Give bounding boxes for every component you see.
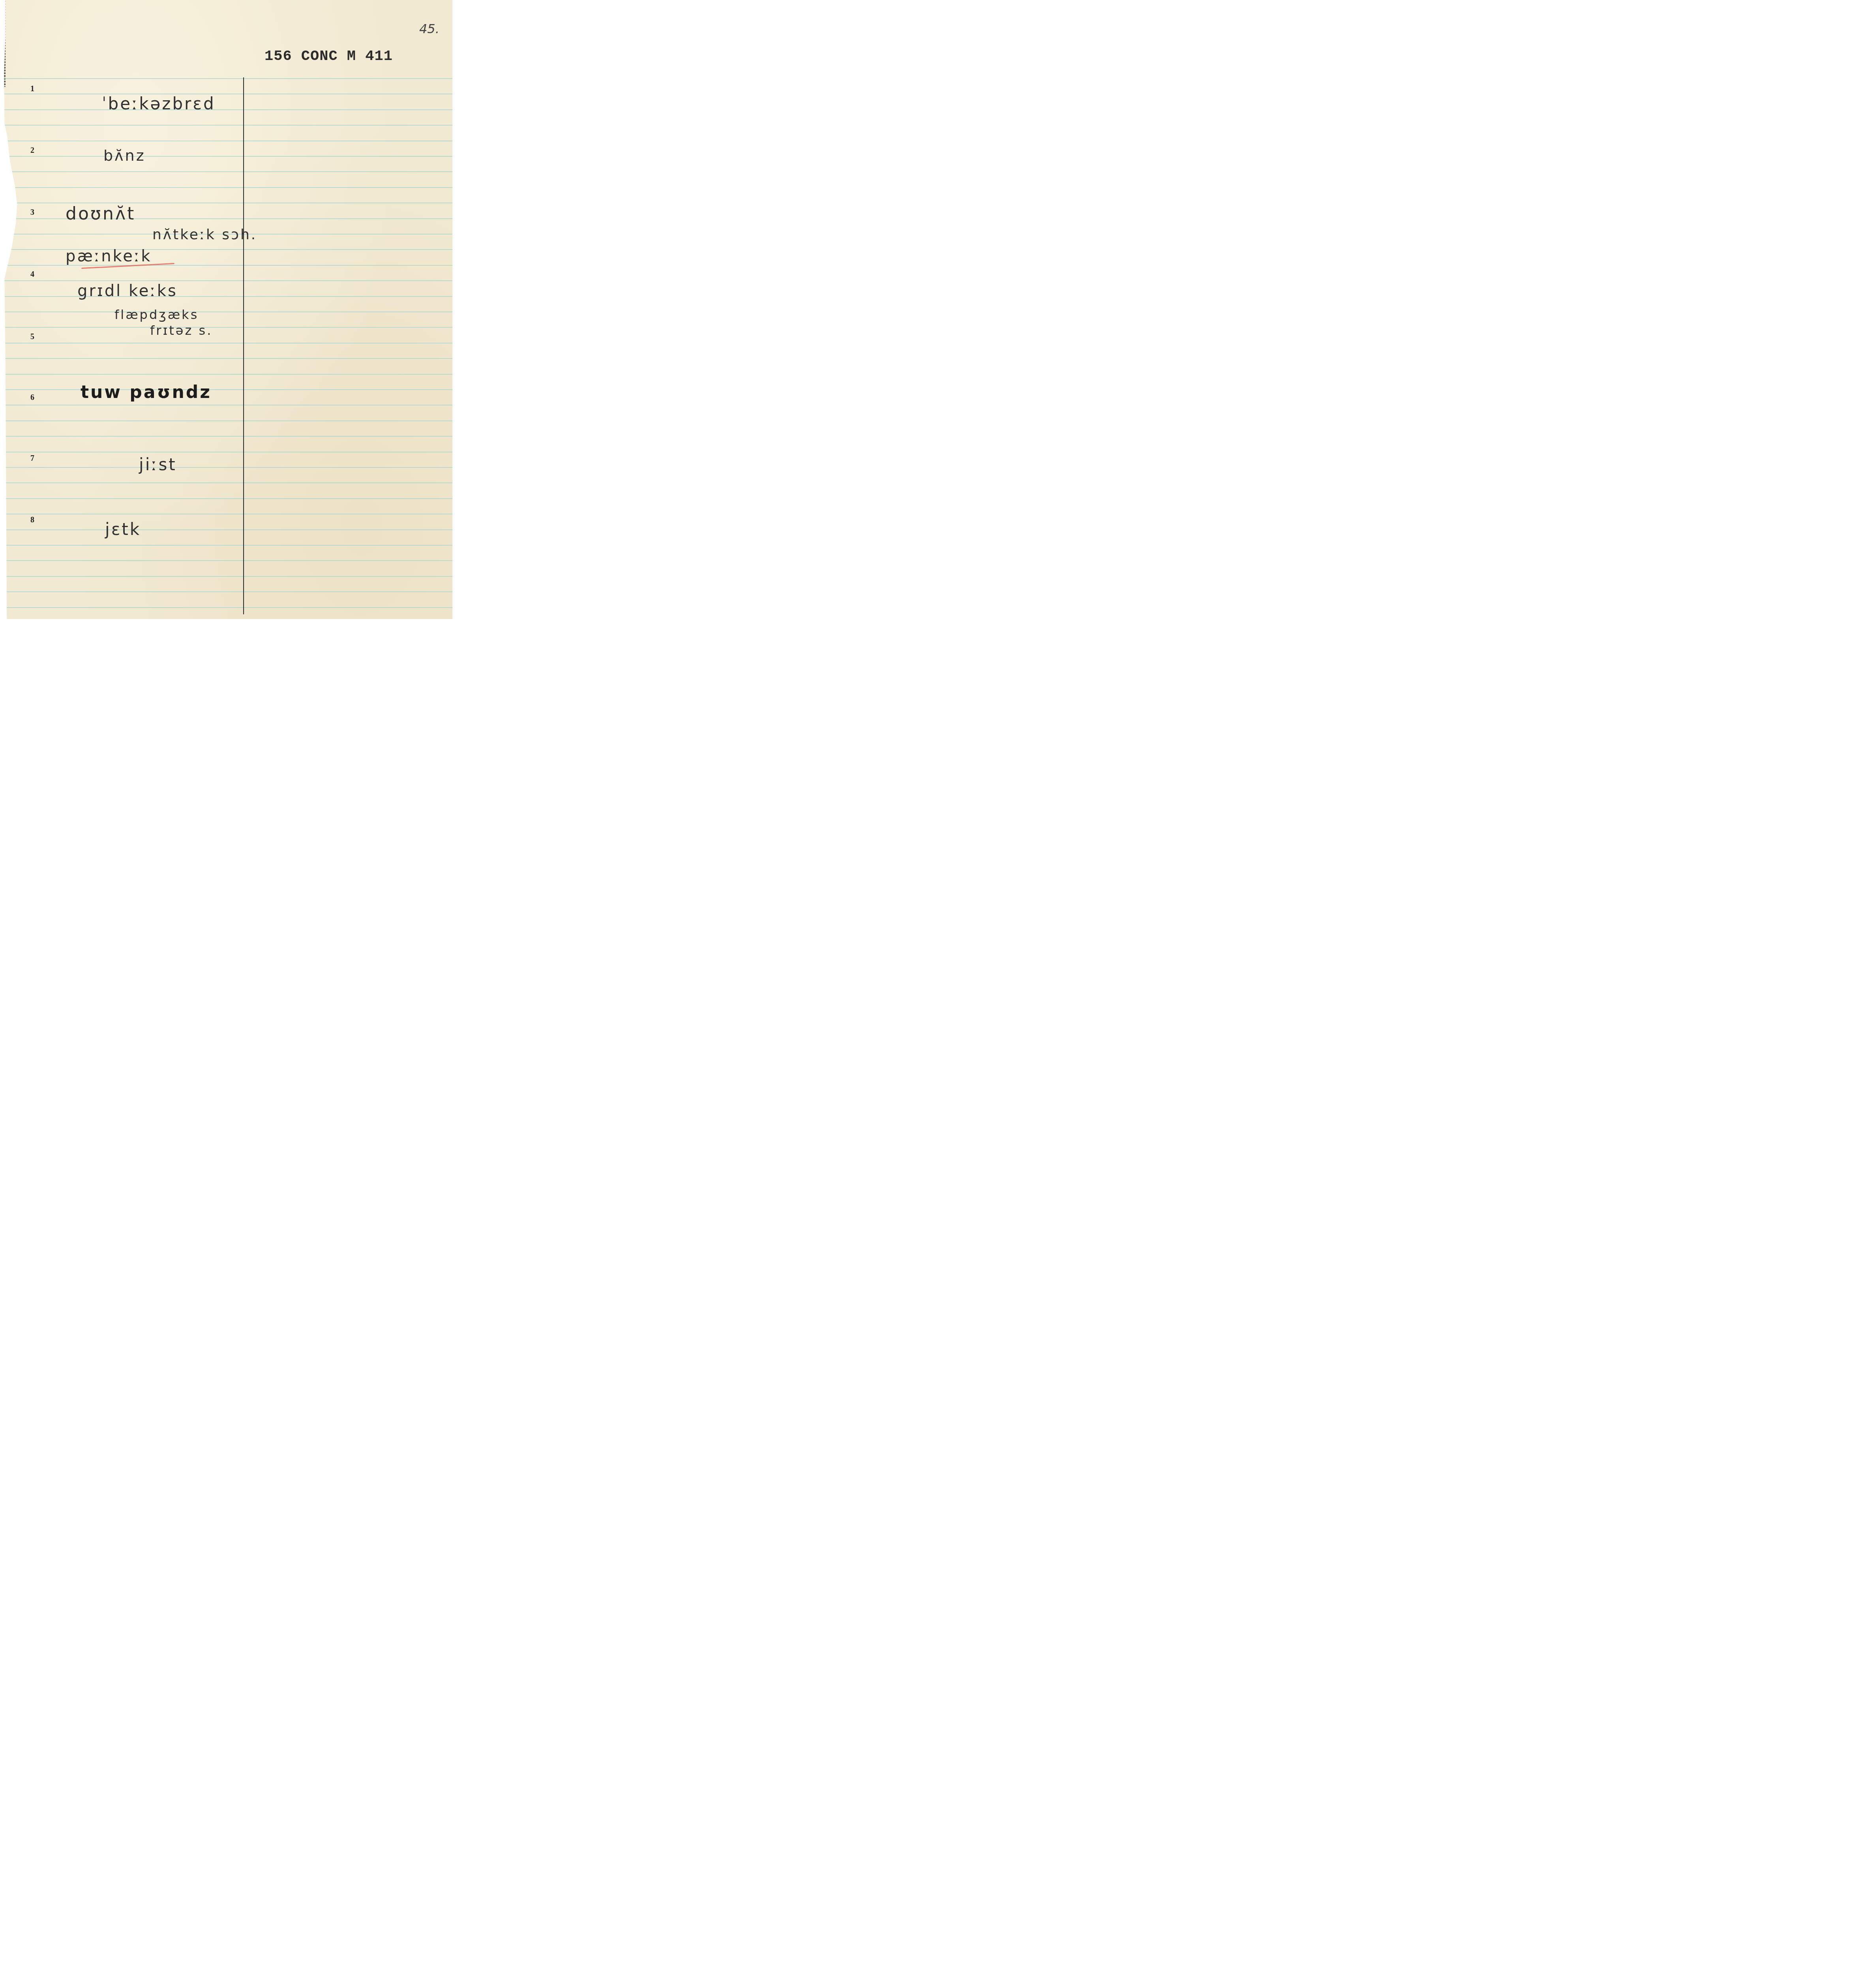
rule-line <box>0 576 452 577</box>
rule-line <box>0 482 452 483</box>
column-divider <box>243 77 244 614</box>
rule-line <box>0 607 452 608</box>
line-number: 6 <box>24 393 40 402</box>
rule-line <box>0 327 452 328</box>
handwritten-entry: jɛtk <box>105 520 141 539</box>
rule-line <box>0 94 452 94</box>
rule-line <box>0 203 452 203</box>
line-number: 4 <box>24 270 40 279</box>
rule-line <box>0 296 452 297</box>
line-number: 2 <box>24 146 40 155</box>
notebook-page: 45. 156 CONC M 411 1 2 3 4 5 6 7 8 ˈbeːk… <box>0 0 452 619</box>
handwritten-entry-underlined: pæːnkeːk <box>66 247 152 265</box>
header-code: 156 CONC M 411 <box>265 48 393 65</box>
rule-line <box>0 156 452 157</box>
line-number: 5 <box>24 332 40 342</box>
handwritten-entry: flæpdʒæks <box>114 307 199 322</box>
handwritten-entry: bʌ̆nz <box>103 147 146 164</box>
handwritten-entry: grɪdl keːks <box>77 282 178 300</box>
page-number: 45. <box>419 21 439 36</box>
line-number: 1 <box>24 84 40 94</box>
rule-line <box>0 467 452 468</box>
rule-line <box>0 78 452 79</box>
handwritten-entry: frɪtəz s. <box>150 323 212 338</box>
line-number: 7 <box>24 454 40 463</box>
rule-line <box>0 187 452 188</box>
rule-line <box>0 405 452 405</box>
rule-line <box>0 358 452 359</box>
handwritten-entry: ˈbeːkəzbrɛd <box>102 94 216 113</box>
rule-line <box>0 125 452 126</box>
rule-line <box>0 311 452 312</box>
rule-line <box>0 545 452 546</box>
rule-line <box>0 529 452 530</box>
rule-line <box>0 452 452 452</box>
rule-line <box>0 560 452 561</box>
rule-line <box>0 109 452 110</box>
rule-line <box>0 498 452 499</box>
rule-line <box>0 420 452 421</box>
rule-line <box>0 374 452 375</box>
handwritten-entry: jiːst <box>139 455 177 474</box>
handwritten-entry: tuw paʊndz <box>81 382 212 402</box>
line-number: 3 <box>24 208 40 217</box>
perforation-edge <box>3 0 6 87</box>
rule-line <box>0 389 452 390</box>
handwritten-entry: doʊnʌ̆t <box>66 204 135 224</box>
rule-line <box>0 171 452 172</box>
line-number: 8 <box>24 516 40 525</box>
rule-line <box>0 141 452 141</box>
rule-line <box>0 280 452 281</box>
rule-line <box>0 343 452 343</box>
handwritten-entry: nʌ̆tkeːk sɔh. <box>152 227 257 243</box>
rule-line <box>0 591 452 592</box>
rule-line <box>0 514 452 514</box>
rule-line <box>0 436 452 437</box>
